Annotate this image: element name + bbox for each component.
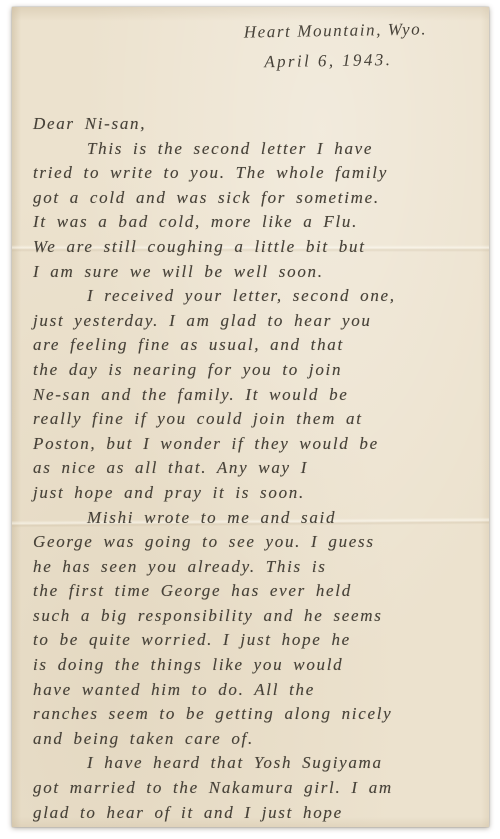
letter-line: the first time George has ever held (33, 579, 481, 604)
letter-line: have wanted him to do. All the (33, 678, 481, 703)
letter-line: is doing the things like you would (33, 653, 481, 678)
letter-line: as nice as all that. Any way I (33, 456, 481, 481)
letter-line: really fine if you could join them at (33, 407, 481, 432)
letter-line: he has seen you already. This is (33, 555, 481, 580)
letter-line: tried to write to you. The whole family (33, 161, 481, 186)
letter-line: got a cold and was sick for sometime. (33, 186, 481, 211)
letter-line: to be quite worried. I just hope he (33, 628, 481, 653)
letter-line: I am sure we will be well soon. (33, 260, 481, 285)
letter-line: This is the second letter I have (33, 137, 481, 162)
salutation: Dear Ni-san, (33, 112, 481, 137)
letter-line: the day is nearing for you to join (33, 358, 481, 383)
letter-line: just hope and pray it is soon. (33, 481, 481, 506)
letter-heading: Heart Mountain, Wyo. April 6, 1943. (243, 14, 427, 77)
letter-line: got married to the Nakamura girl. I am (33, 776, 481, 801)
letter-line: glad to hear of it and I just hope (33, 801, 481, 826)
letter-line: Poston, but I wonder if they would be (33, 432, 481, 457)
letter-line: ranches seem to be getting along nicely (33, 702, 481, 727)
letter-line: Mishi wrote to me and said (33, 506, 481, 531)
letter-line: We are still coughing a little bit but (33, 235, 481, 260)
letter-line: George was going to see you. I guess (33, 530, 481, 555)
letter-line: just yesterday. I am glad to hear you (33, 309, 481, 334)
letter-line: Ne-san and the family. It would be (33, 383, 481, 408)
letter-line: I received your letter, second one, (33, 284, 481, 309)
letter-line: I have heard that Yosh Sugiyama (33, 751, 481, 776)
letter-paper: Heart Mountain, Wyo. April 6, 1943. Dear… (12, 7, 489, 827)
heading-date: April 6, 1943. (264, 44, 428, 77)
heading-location: Heart Mountain, Wyo. (243, 14, 427, 47)
letter-body: Dear Ni-san, This is the second letter I… (33, 112, 481, 825)
letter-line: such a big responsibility and he seems (33, 604, 481, 629)
letter-line: and being taken care of. (33, 727, 481, 752)
scan-background: Heart Mountain, Wyo. April 6, 1943. Dear… (0, 0, 500, 839)
letter-line: are feeling fine as usual, and that (33, 333, 481, 358)
letter-line: It was a bad cold, more like a Flu. (33, 210, 481, 235)
